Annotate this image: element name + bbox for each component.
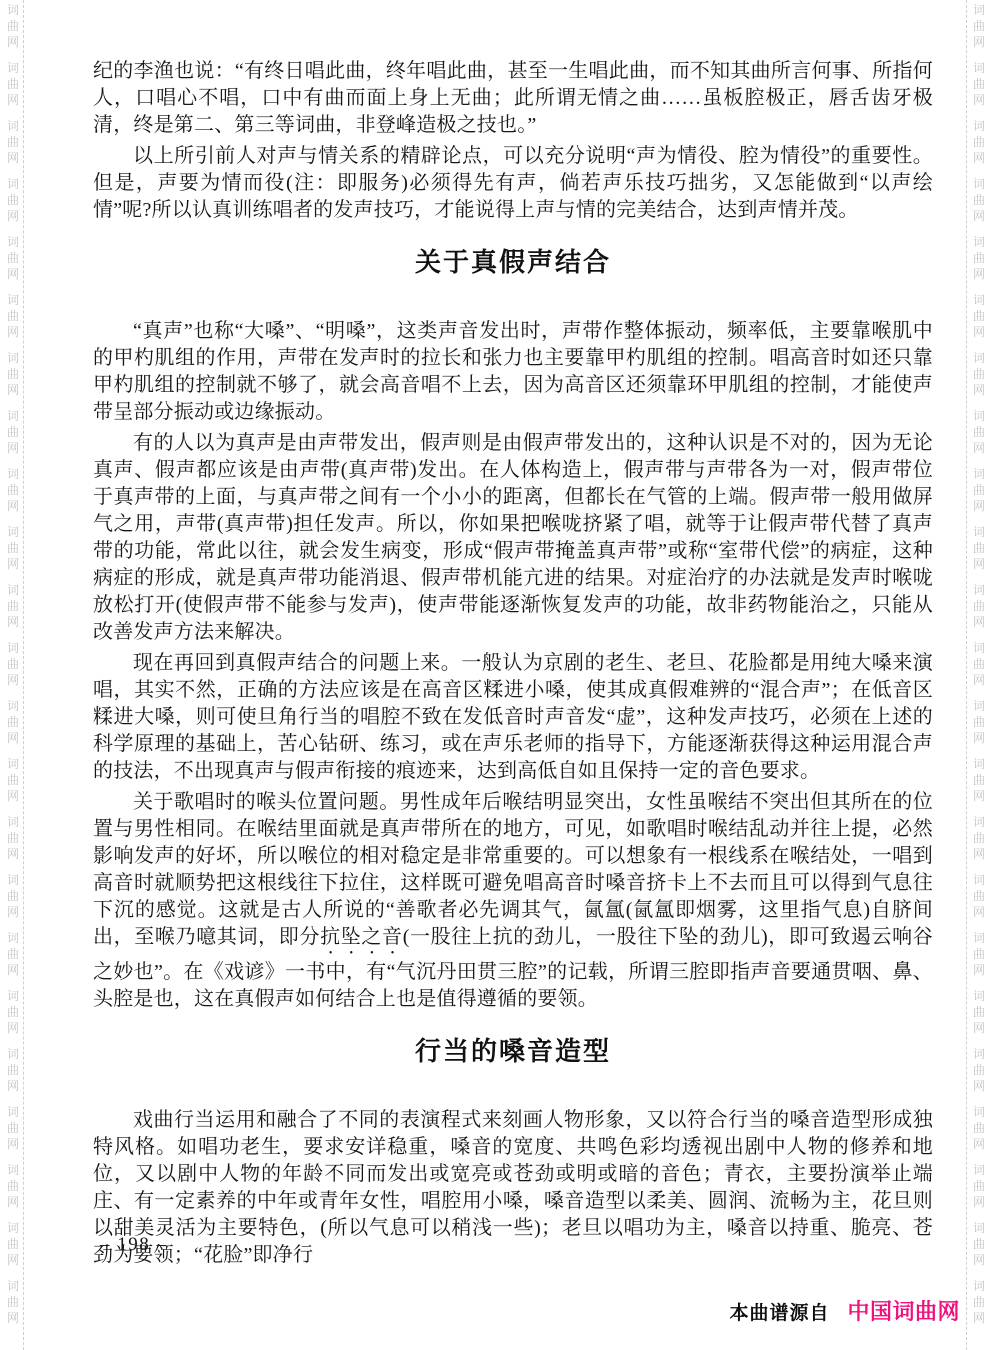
- paragraph: 现在再回到真假声结合的问题上来。一般认为京剧的老生、老旦、花脸都是用纯大嗓来演唱…: [93, 650, 933, 785]
- left-dashed-border: [23, 0, 24, 1350]
- page-body: 纪的李渔也说：“有终日唱此曲，终年唱此曲，甚至一生唱此曲，而不知其曲所言何事、所…: [93, 58, 933, 1273]
- left-watermark-column: 词曲网词曲网词曲网词曲网词曲网词曲网词曲网词曲网词曲网词曲网词曲网词曲网词曲网词…: [2, 2, 24, 1336]
- source-credit: 本曲谱源自 中国词曲网: [729, 1295, 960, 1326]
- right-dashed-border: [966, 0, 967, 1350]
- emphasized-text: 抗坠之音: [320, 926, 403, 948]
- section-heading-true-false-voice: 关于真假声结合: [93, 248, 933, 278]
- paragraph-text: 关于歌唱时的喉头位置问题。男性成年后喉结明显突出，女性虽喉结不突出但其所在的位置…: [93, 791, 933, 948]
- paragraph: “真声”也称“大嗓”、“明嗓”，这类声音发出时，声带作整体振动，频率低，主要靠喉…: [93, 318, 933, 426]
- section-heading-role-voice-styling: 行当的嗓音造型: [93, 1037, 933, 1067]
- paragraph-continuation: 纪的李渔也说：“有终日唱此曲，终年唱此曲，甚至一生唱此曲，而不知其曲所言何事、所…: [93, 58, 933, 139]
- source-credit-prefix: 本曲谱源自: [729, 1298, 829, 1325]
- source-site-name: 中国词曲网: [847, 1295, 960, 1326]
- paragraph: 有的人以为真声是由声带发出，假声则是由假声带发出的，这种认识是不对的，因为无论真…: [93, 430, 933, 646]
- paragraph: 戏曲行当运用和融合了不同的表演程式来刻画人物形象，又以符合行当的嗓音造型形成独特…: [93, 1107, 933, 1269]
- scanned-book-page: 词曲网词曲网词曲网词曲网词曲网词曲网词曲网词曲网词曲网词曲网词曲网词曲网词曲网词…: [0, 0, 990, 1350]
- paragraph: 以上所引前人对声与情关系的精辟论点，可以充分说明“声为情役、腔为情役”的重要性。…: [93, 143, 933, 224]
- page-number: – 198 –: [100, 1234, 168, 1256]
- paragraph-with-emphasis: 关于歌唱时的喉头位置问题。男性成年后喉结明显突出，女性虽喉结不突出但其所在的位置…: [93, 789, 933, 1013]
- right-watermark-column: 词曲网词曲网词曲网词曲网词曲网词曲网词曲网词曲网词曲网词曲网词曲网词曲网词曲网词…: [968, 2, 990, 1336]
